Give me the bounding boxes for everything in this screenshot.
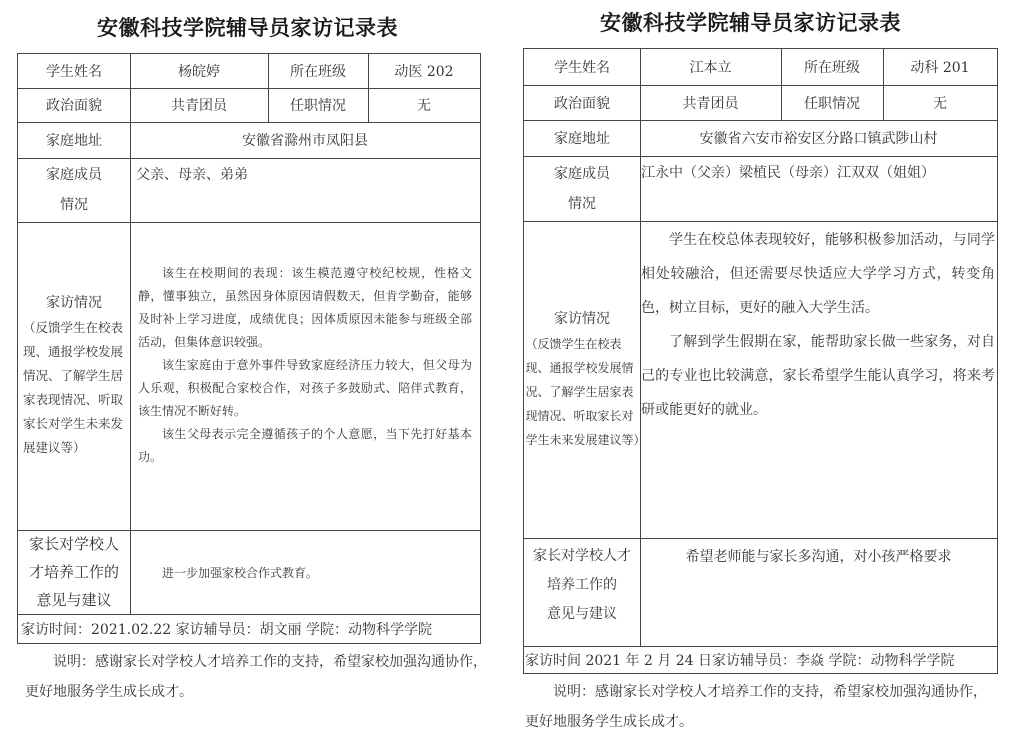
label-family-line2: 情况 bbox=[568, 189, 596, 219]
note-text: 说明：感谢家长对学校人才培养工作的支持，希望家校加强沟通协作，更好地服务学生成长… bbox=[525, 677, 995, 734]
label-visit-title: 家访情况 bbox=[46, 292, 102, 312]
label-visit: 家访情况 （反馈学生在校表现、通报学校发展情况、了解学生居家表现情况、听取家长对… bbox=[18, 222, 130, 530]
value-suggestion: 希望老师能与家长多沟通，对小孩严格要求 bbox=[640, 538, 997, 646]
value-political-status: 共青团员 bbox=[130, 88, 268, 122]
label-family-line1: 家庭成员 bbox=[554, 159, 610, 189]
visit-paragraph: 该生在校期间的表现：该生模范遵守校纪校规，性格文静，懂事独立，虽然因身体原因请假… bbox=[138, 262, 472, 354]
label-family: 家庭成员 情况 bbox=[18, 158, 130, 222]
label-visit-desc: （反馈学生在校表现、通报学校发展情况、了解学生居家表现情况、听取家长对学生未来发… bbox=[525, 332, 640, 452]
value-position: 无 bbox=[883, 85, 997, 120]
label-suggestion-line2: 才培养工作的 bbox=[29, 558, 119, 586]
label-political-status: 政治面貌 bbox=[524, 85, 640, 120]
label-political-status: 政治面貌 bbox=[18, 88, 130, 122]
value-address: 安徽省六安市裕安区分路口镇武陟山村 bbox=[640, 120, 997, 156]
form-note: 说明：感谢家长对学校人才培养工作的支持，希望家校加强沟通协作，更好地服务学生成长… bbox=[525, 677, 995, 734]
label-suggestion: 家长对学校人才 培养工作的 意见与建议 bbox=[524, 538, 640, 646]
label-address: 家庭地址 bbox=[524, 120, 640, 156]
value-suggestion: 进一步加强家校合作式教育。 bbox=[130, 530, 480, 614]
value-student-name: 江本立 bbox=[640, 49, 781, 85]
value-class: 动医 202 bbox=[368, 54, 480, 88]
visit-paragraph: 了解到学生假期在家，能帮助家长做一些家务，对自己的专业也比较满意，家长希望学生能… bbox=[641, 325, 995, 427]
label-visit: 家访情况 （反馈学生在校表现、通报学校发展情况、了解学生居家表现情况、听取家长对… bbox=[524, 221, 640, 538]
label-visit-desc: （反馈学生在校表现、通报学校发展情况、了解学生居家表现情况、听取家长对学生未来发… bbox=[19, 316, 129, 460]
value-student-name: 杨皖婷 bbox=[130, 54, 268, 88]
note-text: 说明：感谢家长对学校人才培养工作的支持，希望家校加强沟通协作，更好地服务学生成长… bbox=[25, 647, 487, 707]
visit-paragraph: 学生在校总体表现较好，能够积极参加活动，与同学相处较融洽，但还需要尽快适应大学学… bbox=[641, 223, 995, 325]
value-family: 江永中（父亲）梁植民（母亲）江双双（姐姐） bbox=[640, 156, 997, 221]
visit-footer: 家访时间：2021.02.22 家访辅导员：胡文丽 学院：动物科学学院 bbox=[18, 614, 480, 643]
value-family: 父亲、母亲、弟弟 bbox=[130, 158, 480, 222]
label-suggestion-line3: 意见与建议 bbox=[547, 600, 617, 629]
label-student-name: 学生姓名 bbox=[18, 54, 130, 88]
form-note: 说明：感谢家长对学校人才培养工作的支持，希望家校加强沟通协作，更好地服务学生成长… bbox=[25, 647, 487, 707]
label-family-line2: 情况 bbox=[60, 190, 88, 220]
label-suggestion: 家长对学校人 才培养工作的 意见与建议 bbox=[18, 530, 130, 614]
visit-paragraph: 该生父母表示完全遵循孩子的个人意愿，当下先打好基本功。 bbox=[138, 423, 472, 469]
visit-paragraph: 该生家庭由于意外事件导致家庭经济压力较大，但父母为人乐观，积极配合家校合作，对孩… bbox=[138, 354, 472, 423]
form-table: 学生姓名 江本立 所在班级 动科 201 政治面貌 共青团员 任职情况 无 家庭… bbox=[523, 48, 998, 674]
value-class: 动科 201 bbox=[883, 49, 997, 85]
value-political-status: 共青团员 bbox=[640, 85, 781, 120]
label-family-line1: 家庭成员 bbox=[46, 160, 102, 190]
label-family: 家庭成员 情况 bbox=[524, 156, 640, 221]
form-title: 安徽科技学院辅导员家访记录表 bbox=[600, 7, 901, 37]
label-class: 所在班级 bbox=[268, 54, 368, 88]
visit-footer: 家访时间 2021 年 2 月 24 日家访辅导员：李焱 学院：动物科学学院 bbox=[524, 646, 997, 673]
value-position: 无 bbox=[368, 88, 480, 122]
label-class: 所在班级 bbox=[781, 49, 883, 85]
label-address: 家庭地址 bbox=[18, 122, 130, 158]
label-student-name: 学生姓名 bbox=[524, 49, 640, 85]
label-suggestion-line2: 培养工作的 bbox=[547, 571, 617, 600]
label-suggestion-line1: 家长对学校人才 bbox=[533, 542, 631, 571]
label-suggestion-line3: 意见与建议 bbox=[36, 586, 111, 614]
form-title: 安徽科技学院辅导员家访记录表 bbox=[97, 12, 398, 42]
label-visit-title: 家访情况 bbox=[554, 308, 610, 328]
form-table: 学生姓名 杨皖婷 所在班级 动医 202 政治面貌 共青团员 任职情况 无 家庭… bbox=[17, 53, 481, 644]
value-visit: 学生在校总体表现较好，能够积极参加活动，与同学相处较融洽，但还需要尽快适应大学学… bbox=[640, 221, 997, 538]
value-visit: 该生在校期间的表现：该生模范遵守校纪校规，性格文静，懂事独立，虽然因身体原因请假… bbox=[130, 222, 480, 530]
label-position: 任职情况 bbox=[781, 85, 883, 120]
value-address: 安徽省滁州市凤阳县 bbox=[130, 122, 480, 158]
label-suggestion-line1: 家长对学校人 bbox=[29, 530, 119, 558]
label-position: 任职情况 bbox=[268, 88, 368, 122]
